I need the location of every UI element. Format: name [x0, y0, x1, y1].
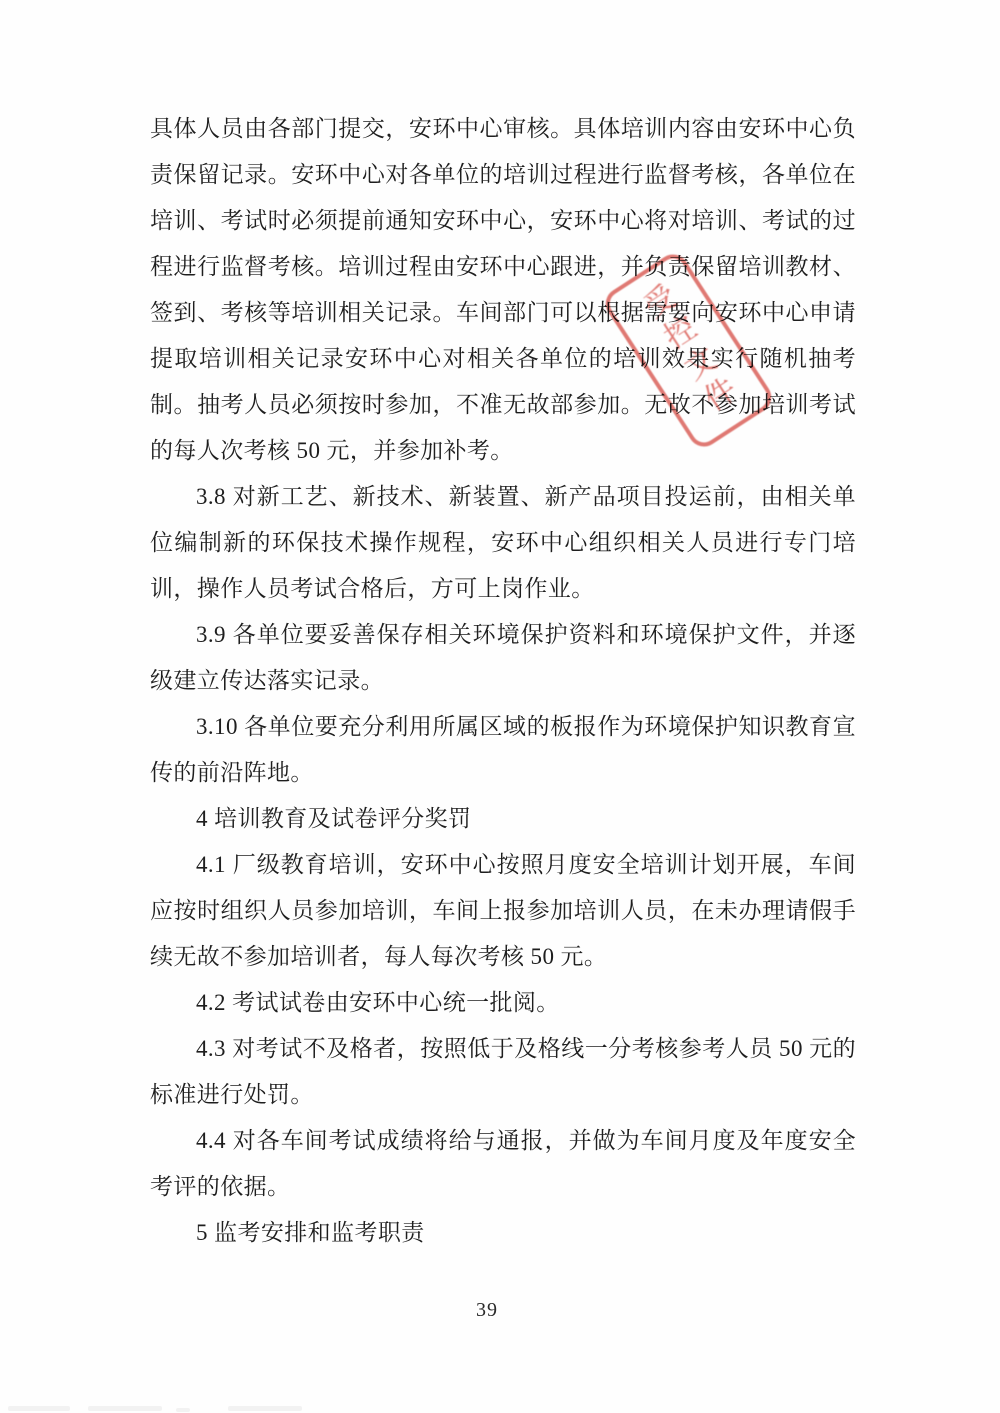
paragraph: 3.8 对新工艺、新技术、新装置、新产品项目投运前，由相关单位编制新的环保技术操…	[150, 474, 856, 612]
document-body: 具体人员由各部门提交，安环中心审核。具体培训内容由安环中心负责保留记录。安环中心…	[150, 106, 856, 1256]
scan-artifact	[88, 1406, 162, 1411]
paragraph: 4.3 对考试不及格者，按照低于及格线一分考核参考人员 50 元的标准进行处罚。	[150, 1026, 856, 1118]
paragraph: 4.1 厂级教育培训，安环中心按照月度安全培训计划开展，车间应按时组织人员参加培…	[150, 842, 856, 980]
paragraph: 4.4 对各车间考试成绩将给与通报，并做为车间月度及年度安全考评的依据。	[150, 1118, 856, 1210]
paragraph: 具体人员由各部门提交，安环中心审核。具体培训内容由安环中心负责保留记录。安环中心…	[150, 106, 856, 474]
paragraph: 4 培训教育及试卷评分奖罚	[150, 796, 856, 842]
paragraph: 4.2 考试试卷由安环中心统一批阅。	[150, 980, 856, 1026]
page-number: 39	[0, 1299, 974, 1322]
paragraph: 3.9 各单位要妥善保存相关环境保护资料和环境保护文件，并逐级建立传达落实记录。	[150, 612, 856, 704]
paragraph: 5 监考安排和监考职责	[150, 1210, 856, 1256]
scan-artifact	[228, 1406, 302, 1411]
document-page: 具体人员由各部门提交，安环中心审核。具体培训内容由安环中心负责保留记录。安环中心…	[0, 0, 1000, 1413]
scan-artifact	[8, 1406, 70, 1411]
paragraph: 3.10 各单位要充分利用所属区域的板报作为环境保护知识教育宣传的前沿阵地。	[150, 704, 856, 796]
scan-artifact	[176, 1408, 190, 1412]
